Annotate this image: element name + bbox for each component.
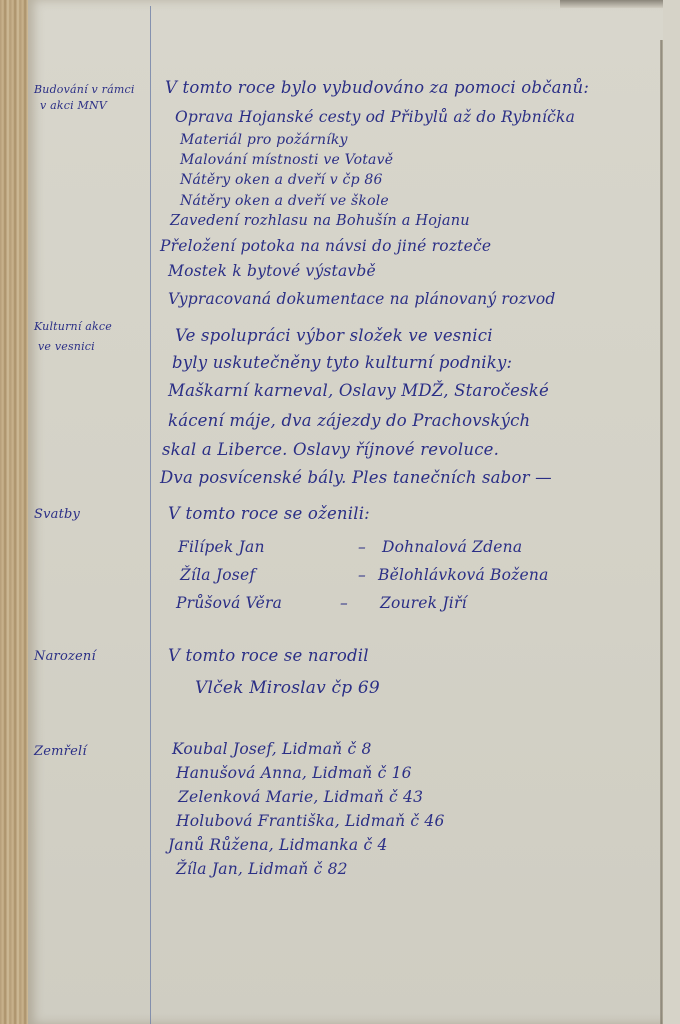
wedding-groom: Žíla Josef [180,566,255,584]
death-entry: Janů Růžena, Lidmanka č 4 [168,836,388,854]
construction-item: Zavedení rozhlasu na Bohušín a Hojanu [170,213,470,229]
culture-line: Ve spolupráci výbor složek ve vesnici [175,326,493,345]
construction-item: Nátěry oken a dveří v čp 86 [180,172,383,188]
dash: – [358,566,366,584]
margin-label-weddings: Svatby [34,508,80,522]
culture-line: Dva posvícenské bály. Ples tanečních sab… [160,468,552,487]
culture-line: Maškarní karneval, Oslavy MDŽ, Staročesk… [168,381,549,400]
construction-item: Materiál pro požárníky [180,132,348,148]
death-entry: Holubová Františka, Lidmaň č 46 [176,812,445,830]
wedding-bride: Zourek Jiří [380,594,467,612]
book-binding [0,0,30,1024]
construction-item: Mostek k bytové výstavbě [168,262,376,280]
culture-line: skal a Liberce. Oslavy říjnové revoluce. [162,440,499,459]
culture-line: kácení máje, dva zájezdy do Prachovských [168,411,530,430]
margin-label-construction: Budování v rámci [34,83,135,97]
death-entry: Hanušová Anna, Lidmaň č 16 [176,764,412,782]
dash: – [340,594,348,612]
death-entry: Koubal Josef, Lidmaň č 8 [172,740,372,758]
construction-item: Nátěry oken a dveří ve škole [180,193,389,209]
wedding-groom: Průšová Věra [176,594,282,612]
weddings-intro: V tomto roce se oženili: [168,504,370,523]
construction-item: Malování místnosti ve Votavě [180,152,393,168]
culture-line: byly uskutečněny tyto kulturní podniky: [172,353,512,372]
dash: – [358,538,366,556]
construction-item: Oprava Hojanské cesty od Přibylů až do R… [175,108,575,126]
margin-rule-line [150,6,151,1024]
construction-item: Vypracovaná dokumentace na plánovaný roz… [168,290,556,308]
margin-label-construction-2: v akci MNV [40,99,107,113]
death-entry: Žíla Jan, Lidmaň č 82 [176,860,348,878]
construction-item: Přeložení potoka na návsi do jiné rozteč… [160,237,491,255]
birth-entry: Vlček Miroslav čp 69 [195,678,380,698]
wedding-bride: Bělohlávková Božena [378,566,549,584]
margin-label-culture-2: ve vesnici [38,340,95,354]
births-intro: V tomto roce se narodil [168,646,369,665]
construction-intro: V tomto roce bylo vybudováno za pomoci o… [165,78,589,97]
margin-label-culture: Kulturní akce [34,320,112,334]
next-page-edge [663,0,680,1024]
margin-label-births: Narození [34,650,96,664]
death-entry: Zelenková Marie, Lidmaň č 43 [178,788,423,806]
wedding-groom: Filípek Jan [178,538,265,556]
margin-label-deaths: Zemřelí [34,745,87,759]
page-top-edge [560,0,680,8]
wedding-bride: Dohnalová Zdena [382,538,522,556]
